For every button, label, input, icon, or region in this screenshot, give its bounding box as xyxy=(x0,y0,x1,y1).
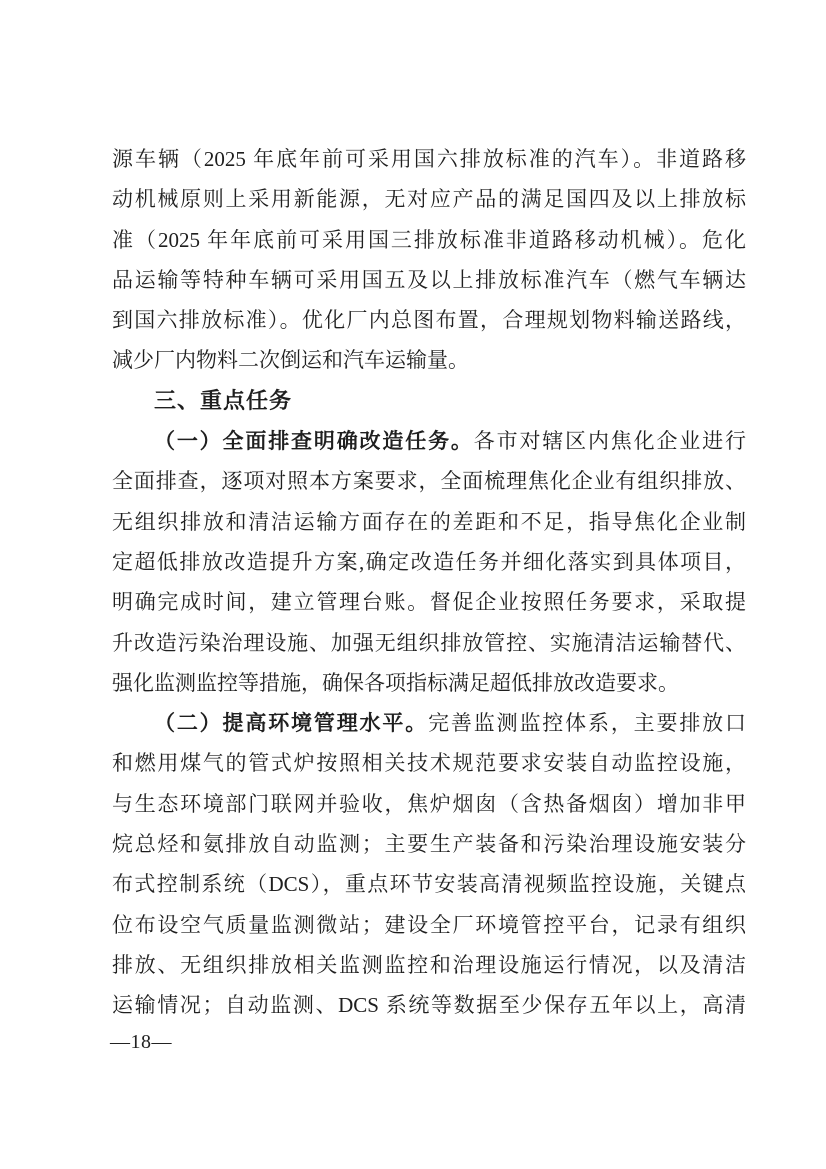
page-number: —18— xyxy=(110,1029,172,1055)
text-line: 布式控制系统（DCS），重点环节安装高清视频监控设施，关键点 xyxy=(112,864,746,904)
paragraph-two-lead: （二）提高环境管理水平。 xyxy=(154,711,428,735)
paragraph-one-first-line-rest: 各市对辖区内焦化企业进行 xyxy=(474,429,746,453)
text-line: 准（2025 年年底前可采用国三排放标准非道路移动机械）。危化 xyxy=(112,220,746,260)
paragraph-one-lead: （一）全面排查明确改造任务。 xyxy=(154,429,474,453)
text-line: （一）全面排查明确改造任务。各市对辖区内焦化企业进行 xyxy=(112,421,746,461)
text-line: 和燃用煤气的管式炉按照相关技术规范要求安装自动监控设施， xyxy=(112,743,746,783)
text-line: 明确完成时间，建立管理台账。督促企业按照任务要求，采取提 xyxy=(112,582,746,622)
text-line: 减少厂内物料二次倒运和汽车运输量。 xyxy=(112,340,746,380)
text-line: 无组织排放和清洁运输方面存在的差距和不足，指导焦化企业制 xyxy=(112,502,746,542)
text-line: 品运输等特种车辆可采用国五及以上排放标准汽车（燃气车辆达 xyxy=(112,260,746,300)
text-line: 位布设空气质量监测微站；建设全厂环境管控平台，记录有组织 xyxy=(112,905,746,945)
text-line: 与生态环境部门联网并验收，焦炉烟囱（含热备烟囱）增加非甲 xyxy=(112,784,746,824)
text-line: 运输情况；自动监测、DCS 系统等数据至少保存五年以上，高清 xyxy=(112,985,746,1025)
text-line: 烷总烃和氨排放自动监测；主要生产装备和污染治理设施安装分 xyxy=(112,824,746,864)
document-body: 源车辆（2025 年底年前可采用国六排放标准的汽车）。非道路移 动机械原则上采用… xyxy=(112,139,746,1026)
text-line: 强化监测监控等措施，确保各项指标满足超低排放改造要求。 xyxy=(112,663,746,703)
text-line: 排放、无组织排放相关监测监控和治理设施运行情况，以及清洁 xyxy=(112,945,746,985)
text-line: 升改造污染治理设施、加强无组织排放管控、实施清洁运输替代、 xyxy=(112,623,746,663)
text-line: 到国六排放标准）。优化厂内总图布置，合理规划物料输送路线， xyxy=(112,300,746,340)
section-heading: 三、重点任务 xyxy=(112,381,746,421)
text-line: （二）提高环境管理水平。完善监测监控体系，主要排放口 xyxy=(112,703,746,743)
text-line: 定超低排放改造提升方案,确定改造任务并细化落实到具体项目， xyxy=(112,542,746,582)
paragraph-two-first-line-rest: 完善监测监控体系，主要排放口 xyxy=(428,711,746,735)
text-line: 动机械原则上采用新能源，无对应产品的满足国四及以上排放标 xyxy=(112,179,746,219)
text-line: 源车辆（2025 年底年前可采用国六排放标准的汽车）。非道路移 xyxy=(112,139,746,179)
document-page: 源车辆（2025 年底年前可采用国六排放标准的汽车）。非道路移 动机械原则上采用… xyxy=(0,0,826,1169)
text-line: 全面排查，逐项对照本方案要求，全面梳理焦化企业有组织排放、 xyxy=(112,461,746,501)
